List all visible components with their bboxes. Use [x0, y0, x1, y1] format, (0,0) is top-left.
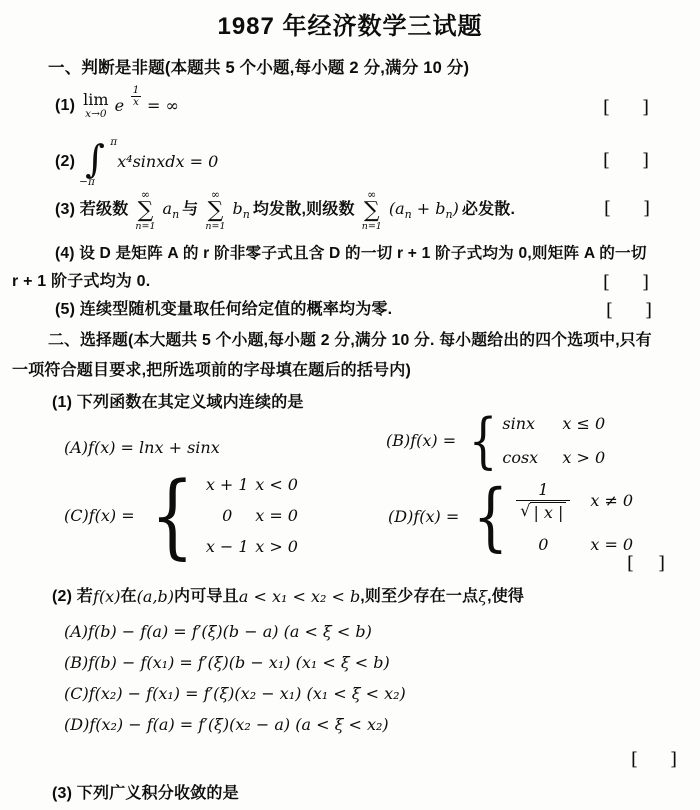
- question-text: 与: [182, 200, 198, 220]
- section2-header-line1: 二、选择题(本大题共 5 个小题,每小题 2 分,满分 10 分. 每小题给出的…: [48, 331, 652, 351]
- option-label: (D)f(x) =: [388, 507, 459, 527]
- option-label: (B)f(x) =: [386, 431, 456, 451]
- summation-symbol: ∞ ∑ n=1: [362, 189, 382, 232]
- integral-sign: ∫ π −π: [81, 139, 111, 185]
- answer-bracket-1-2: [ ]: [603, 150, 649, 171]
- answer-bracket-2-1: [ ]: [627, 553, 665, 574]
- option-label: (C)f(x) =: [64, 506, 135, 526]
- exam-title: 1987 年经济数学三试题: [0, 6, 700, 41]
- exponent-fraction: 1 x: [131, 85, 141, 109]
- answer-bracket-1-4: [ ]: [603, 272, 649, 293]
- option-B: (B)f(b) − f(x₁) = f′(ξ)(b − x₁) (x₁ < ξ …: [64, 653, 390, 673]
- question-1-2: (2) ∫ π −π x⁴sinxdx = 0: [55, 139, 218, 185]
- question-1-4-line2: r + 1 阶子式均为 0.: [12, 272, 150, 292]
- series-term-a: an: [163, 199, 180, 222]
- summation-symbol: ∞ ∑ n=1: [205, 189, 225, 232]
- question-1-5: (5) 连续型随机变量取任何给定值的概率均为零.: [55, 300, 392, 320]
- piecewise-cases: { x + 1x < 0 0x = 0 x − 1x > 0: [143, 475, 298, 557]
- option-B: (B)f(x) = { sinxx ≤ 0 cosxx > 0: [386, 414, 605, 468]
- question-text: 均发散,则级数: [253, 200, 355, 220]
- series-sum-term: (an + bn): [389, 199, 459, 222]
- question-text: 必发散.: [462, 200, 515, 220]
- limit-base: e: [115, 96, 124, 116]
- piecewise-cases: { 1 √| x | x ≠ 0 0 x = 0: [467, 480, 633, 555]
- question-2-3-stem: (3) 下列广义积分收敛的是: [52, 784, 239, 804]
- series-term-b: bn: [233, 199, 250, 222]
- answer-bracket-2-2: [ ]: [631, 749, 677, 770]
- option-D: (D)f(x) = { 1 √| x | x ≠ 0 0 x = 0: [388, 480, 633, 555]
- answer-bracket-1-5: [ ]: [606, 300, 652, 321]
- option-D: (D)f(x₂) − f(a) = f′(ξ)(x₂ − a) (a < ξ <…: [64, 715, 389, 735]
- sqrt-expression: √| x |: [516, 500, 570, 522]
- exam-page: 1987 年经济数学三试题 一、判断是非题(本题共 5 个小题,每小题 2 分,…: [0, 0, 700, 810]
- option-C: (C)f(x₂) − f(x₁) = f′(ξ)(x₂ − x₁) (x₁ < …: [64, 684, 406, 704]
- question-2-2-stem: (2) 若 f(x) 在 (a,b) 内可导且 a < x₁ < x₂ < b …: [52, 587, 524, 607]
- option-C: (C)f(x) = { x + 1x < 0 0x = 0 x − 1x > 0: [64, 475, 298, 557]
- question-1-3: (3) 若级数 ∞ ∑ n=1 an 与 ∞ ∑ n=1 bn 均发散,则级数 …: [55, 189, 515, 232]
- fraction: 1 √| x |: [514, 480, 572, 523]
- question-2-1-stem: (1) 下列函数在其定义域内连续的是: [52, 393, 304, 413]
- option-A: (A)f(x) = lnx + sinx: [64, 438, 220, 458]
- question-number: (1): [55, 96, 75, 116]
- answer-bracket-1-1: [ ]: [603, 97, 649, 118]
- answer-bracket-1-3: [ ]: [604, 198, 650, 219]
- limit-operator: lim x→0: [83, 92, 108, 120]
- summation-symbol: ∞ ∑ n=1: [135, 189, 155, 232]
- section2-header-line2: 一项符合题目要求,把所选项前的字母填在题后的括号内): [12, 361, 411, 381]
- piecewise-cases: { sinxx ≤ 0 cosxx > 0: [464, 414, 605, 468]
- question-1-1: (1) lim x→0 e 1 x = ∞: [55, 92, 179, 120]
- option-A: (A)f(b) − f(a) = f′(ξ)(b − a) (a < ξ < b…: [64, 622, 372, 642]
- limit-rhs: = ∞: [147, 96, 179, 116]
- integrand: x⁴sinxdx = 0: [117, 152, 218, 172]
- question-number: (2): [55, 152, 75, 172]
- question-1-4-line1: (4) 设 D 是矩阵 A 的 r 阶非零子式且含 D 的一切 r + 1 阶子…: [55, 244, 647, 263]
- question-text: (3) 若级数: [55, 200, 128, 220]
- section1-header: 一、判断是非题(本题共 5 个小题,每小题 2 分,满分 10 分): [48, 58, 469, 79]
